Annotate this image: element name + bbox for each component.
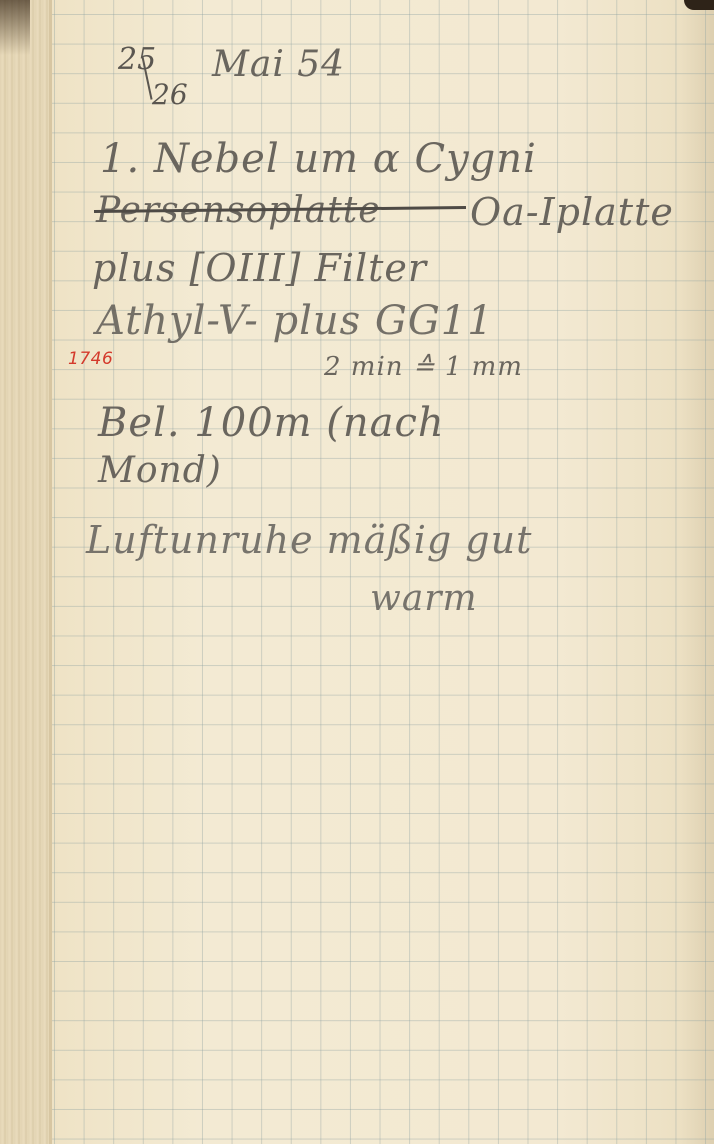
note-line-scale: 2 min ≙ 1 mm — [324, 352, 523, 382]
page-stack-edges — [0, 0, 50, 1144]
notebook-page: 25 26 Mai 54 1. Nebel um α Cygni Persens… — [0, 0, 714, 1144]
date-day-start: 25 — [118, 42, 156, 77]
note-line-exposure-cont: Mond) — [98, 450, 222, 491]
note-line-filter: plus [OIII] Filter — [92, 246, 427, 290]
corner-shadow-right — [684, 0, 714, 10]
note-line-object: 1. Nebel um α Cygni — [100, 136, 537, 182]
margin-plate-number: 1746 — [68, 349, 113, 369]
note-line-exposure: Bel. 100m (nach — [98, 400, 445, 446]
note-line-developer: Athyl-V- plus GG11 — [96, 298, 494, 344]
date-day-end: 26 — [152, 78, 188, 111]
note-line-temperature: warm — [370, 578, 478, 619]
corner-shadow — [0, 0, 30, 55]
date-month-year: Mai 54 — [212, 44, 345, 85]
note-line-seeing: Luftunruhe mäßig gut — [86, 518, 532, 562]
note-line-plate: Oa-Iplatte — [470, 190, 674, 234]
